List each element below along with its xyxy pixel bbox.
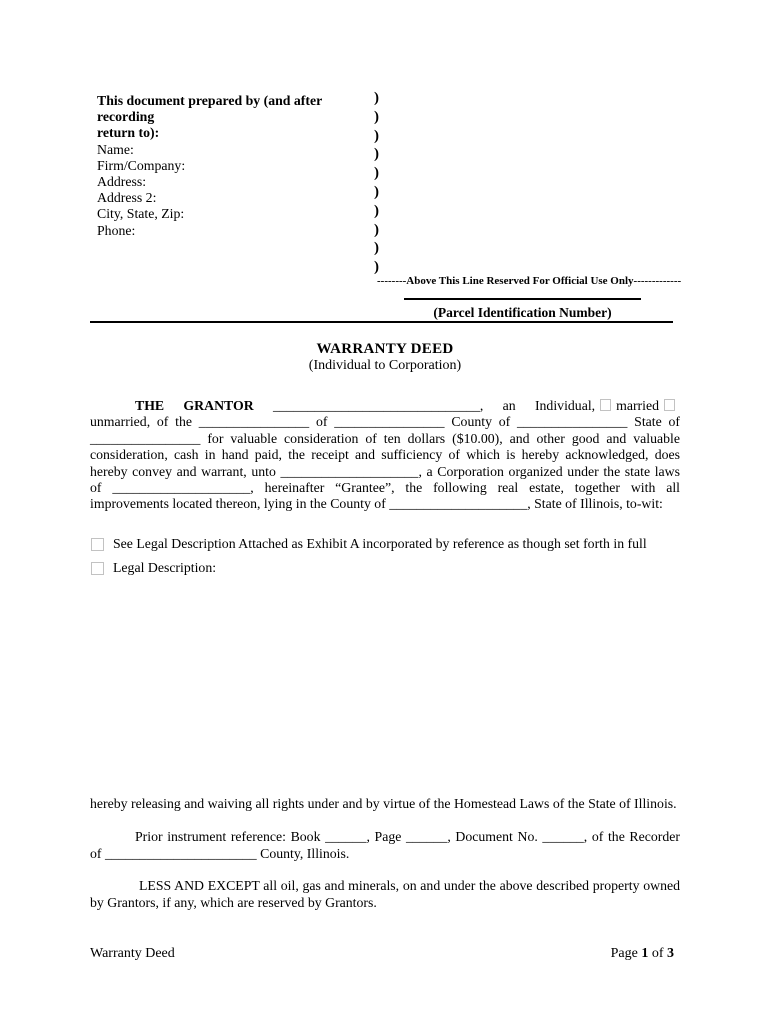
- paren-mark: ): [374, 127, 379, 146]
- less-and-except-clause: LESS AND EXCEPT all oil, gas and mineral…: [90, 878, 680, 911]
- header-divider-rule: [90, 321, 673, 323]
- document-title: WARRANTY DEED: [0, 341, 770, 358]
- exhibit-checkbox[interactable]: [91, 538, 104, 551]
- legal-description-label: Legal Description:: [113, 560, 216, 576]
- prepared-by-heading-line2: return to):: [97, 125, 373, 141]
- paren-mark: ): [374, 221, 379, 240]
- legal-description-options: See Legal Description Attached as Exhibi…: [91, 536, 681, 584]
- page-footer: Warranty Deed Page 1 of 3: [90, 946, 674, 962]
- paren-mark: ): [374, 183, 379, 202]
- field-label-name: Name:: [97, 142, 373, 158]
- paren-mark: ): [374, 89, 379, 108]
- paren-column: ) ) ) ) ) ) ) ) ) ): [374, 89, 379, 277]
- warranty-deed-page: This document prepared by (and after rec…: [0, 0, 770, 1024]
- paren-mark: ): [374, 239, 379, 258]
- unmarried-checkbox[interactable]: [664, 399, 675, 411]
- paren-mark: ): [374, 202, 379, 221]
- field-label-address: Address:: [97, 174, 373, 190]
- legal-description-option-row: Legal Description:: [91, 560, 681, 576]
- field-label-firm-company: Firm/Company:: [97, 158, 373, 174]
- exhibit-option-label: See Legal Description Attached as Exhibi…: [113, 536, 647, 552]
- footer-doc-title: Warranty Deed: [90, 946, 175, 962]
- field-label-city-state-zip: City, State, Zip:: [97, 206, 373, 222]
- footer-of-word: of: [652, 946, 664, 961]
- closing-clauses: hereby releasing and waiving all rights …: [90, 796, 680, 911]
- homestead-clause: hereby releasing and waiving all rights …: [90, 796, 680, 812]
- married-label: married: [616, 398, 659, 413]
- footer-page-info: Page 1 of 3: [611, 946, 674, 962]
- married-checkbox[interactable]: [600, 399, 611, 411]
- field-label-phone: Phone:: [97, 223, 373, 239]
- paren-mark: ): [374, 108, 379, 127]
- document-subtitle: (Individual to Corporation): [0, 358, 770, 374]
- footer-total-pages: 3: [667, 946, 674, 961]
- footer-page-number: 1: [641, 946, 648, 961]
- prepared-by-heading-line1: This document prepared by (and after rec…: [97, 93, 373, 125]
- grantor-text-before-checkboxes: ______________________________, an Indiv…: [273, 398, 595, 413]
- paren-mark: ): [374, 164, 379, 183]
- parcel-id-label: (Parcel Identification Number): [404, 305, 641, 321]
- footer-page-word: Page: [611, 946, 638, 961]
- exhibit-option-row: See Legal Description Attached as Exhibi…: [91, 536, 681, 552]
- grantor-paragraph: THE GRANTOR ____________________________…: [90, 398, 680, 513]
- field-label-address2: Address 2:: [97, 190, 373, 206]
- prepared-by-block: This document prepared by (and after rec…: [97, 93, 373, 239]
- paren-mark: ): [374, 145, 379, 164]
- legal-description-checkbox[interactable]: [91, 562, 104, 575]
- parcel-id-blank-line: [404, 285, 641, 300]
- grantor-label: THE GRANTOR: [135, 398, 254, 413]
- prior-instrument-reference-clause: Prior instrument reference: Book ______,…: [90, 829, 680, 862]
- grantor-text-after-checkboxes: unmarried, of the ________________ of __…: [90, 414, 680, 511]
